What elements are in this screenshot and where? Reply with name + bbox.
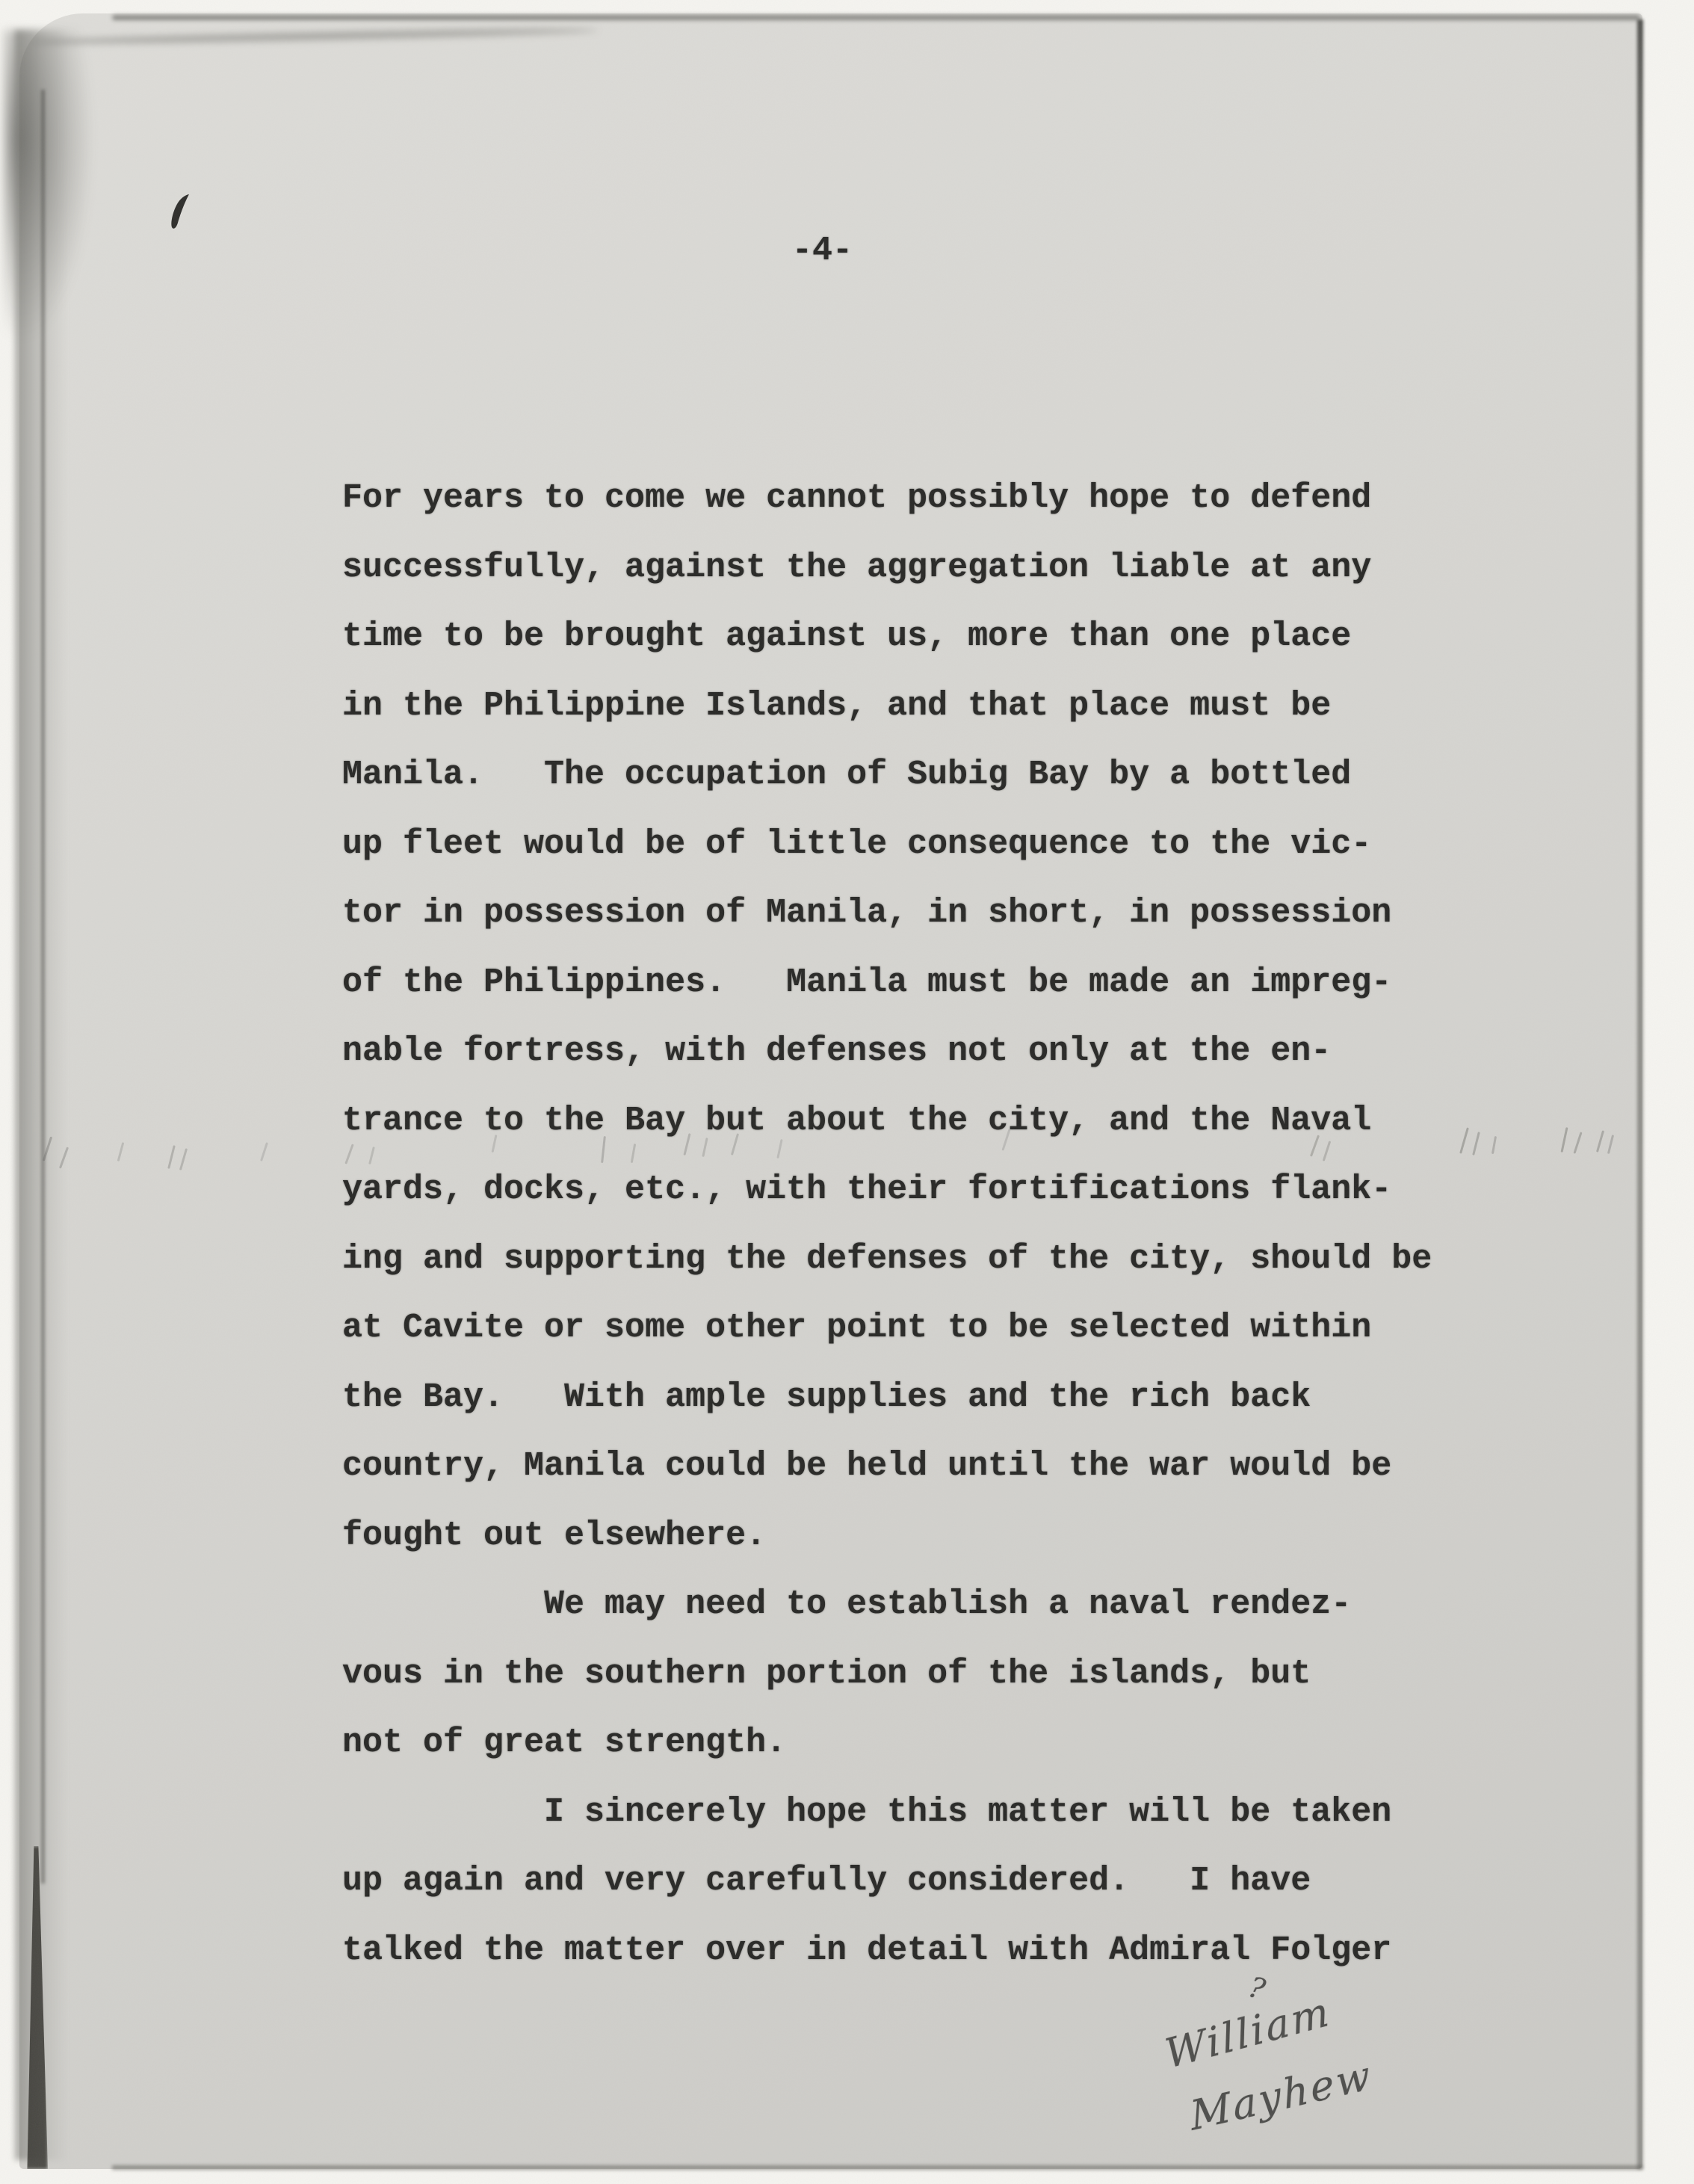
body-line: the Bay. With ample supplies and the ric… (342, 1363, 1432, 1433)
scanned-letter-page: -4- For years to come we cannot possibly… (0, 0, 1694, 2184)
body-line: successfully, against the aggregation li… (342, 534, 1432, 603)
body-line: at Cavite or some other point to be sele… (342, 1294, 1432, 1363)
body-line: yards, docks, etc., with their fortifica… (342, 1156, 1432, 1225)
page-number: -4- (792, 232, 853, 270)
paper-left-edge-line (41, 90, 45, 1884)
body-line: We may need to establish a naval rendez- (342, 1570, 1432, 1640)
body-line: up fleet would be of little consequence … (342, 810, 1432, 880)
body-line: country, Manila could be held until the … (342, 1432, 1432, 1502)
body-line: time to be brought against us, more than… (342, 602, 1432, 672)
ink-blot (170, 194, 195, 232)
body-line: of the Philippines. Manila must be made … (342, 948, 1432, 1018)
body-line: up again and very carefully considered. … (342, 1847, 1432, 1916)
body-line: For years to come we cannot possibly hop… (342, 464, 1432, 534)
body-line: trance to the Bay but about the city, an… (342, 1087, 1432, 1156)
body-line: not of great strength. (342, 1709, 1432, 1778)
body-line: tor in possession of Manila, in short, i… (342, 879, 1432, 948)
paper-top-edge-shadow (112, 15, 1640, 20)
body-line: Manila. The occupation of Subig Bay by a… (342, 741, 1432, 810)
body-line: I sincerely hope this matter will be tak… (342, 1778, 1432, 1848)
body-line: fought out elsewhere. (342, 1502, 1432, 1571)
letter-body: For years to come we cannot possibly hop… (342, 464, 1432, 1985)
paper-right-edge-line (1637, 19, 1643, 2169)
body-line: nable fortress, with defenses not only a… (342, 1017, 1432, 1087)
paper-bottom-edge-line (112, 2165, 1642, 2170)
body-line: ing and supporting the defenses of the c… (342, 1225, 1432, 1295)
body-line: in the Philippine Islands, and that plac… (342, 672, 1432, 741)
body-line: vous in the southern portion of the isla… (342, 1640, 1432, 1709)
